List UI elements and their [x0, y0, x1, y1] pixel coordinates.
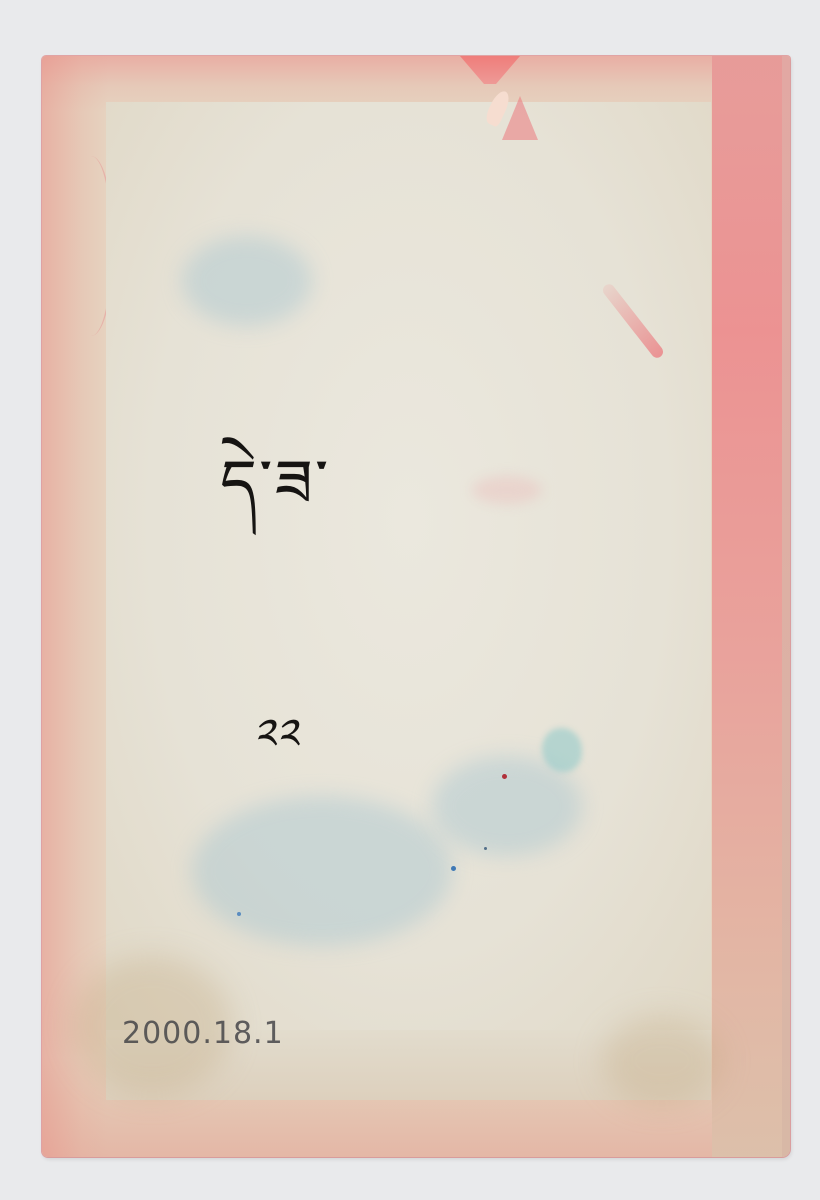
red-dot: [502, 774, 507, 779]
right-pink-band: [712, 56, 784, 1157]
tibetan-number-inscription: ༢༢: [252, 686, 298, 810]
blue-dot: [484, 847, 487, 850]
tibetan-inscription: དེ་ཟ་: [220, 412, 330, 592]
blue-bleed-through: [182, 236, 312, 326]
card-reverse: དེ་ཟ་ ༢༢ 2000.18.1: [42, 56, 790, 1157]
blue-dot: [451, 866, 456, 871]
blue-dot: [237, 912, 241, 916]
pink-stain-left: [60, 156, 112, 336]
right-card-edge: [782, 56, 790, 1157]
pink-smudge: [472, 476, 542, 504]
teal-stain: [542, 728, 582, 772]
blue-bleed-through: [192, 796, 452, 946]
grime-stain: [602, 1016, 722, 1106]
accession-number: 2000.18.1: [122, 1016, 284, 1051]
